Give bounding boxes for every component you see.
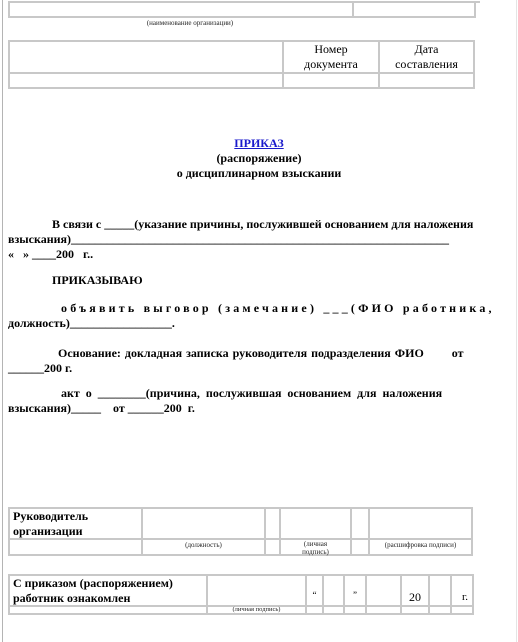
org-name-cell[interactable] xyxy=(8,1,354,18)
ack-signature-caption-cell: (личная подпись) xyxy=(206,605,307,615)
page-left-edge xyxy=(2,0,3,642)
doc-date-header-cell: Дата составления xyxy=(378,40,475,74)
spacer-cell xyxy=(350,538,370,556)
personal-signature-caption-cell: (личная подпись) xyxy=(279,538,352,556)
order-subtitle: (распоряжение) xyxy=(0,151,518,166)
ack-close-quote-cell: ” xyxy=(343,574,367,607)
head-label-line2: организации xyxy=(13,524,141,539)
reason-line-1: В связи с _____(указание причины, послуж… xyxy=(8,217,475,232)
ack-month-cell[interactable] xyxy=(365,574,402,607)
signature-decoding-cell[interactable] xyxy=(368,507,473,540)
org-name-caption: (наименование организации) xyxy=(100,19,280,27)
ack-year-prefix-cell: 20 xyxy=(400,574,430,607)
reason-date-line: « » ____200 г.. xyxy=(8,247,475,262)
position-input-cell[interactable] xyxy=(141,507,266,540)
ack-day-cell[interactable] xyxy=(322,574,345,607)
doc-number-value-cell[interactable] xyxy=(282,72,380,89)
doc-date-value-cell[interactable] xyxy=(378,72,475,89)
year-prefix: 20 xyxy=(409,590,421,604)
title-block: ПРИКАЗ (распоряжение) о дисциплинарном в… xyxy=(0,135,518,181)
close-quote: ” xyxy=(353,590,357,600)
personal-signature-caption-line1: (личная xyxy=(281,540,350,548)
order-word: ПРИКАЗЫВАЮ xyxy=(52,273,143,288)
spacer-cell xyxy=(400,605,430,615)
ack-label-cell: С приказом (распоряжением) работник озна… xyxy=(8,574,208,607)
open-quote: “ xyxy=(313,590,317,600)
act-line-1: акт о ________(причина, послужившая осно… xyxy=(8,386,475,401)
ack-year-suffix-cell: г. xyxy=(450,574,474,607)
year-suffix: г. xyxy=(462,591,468,603)
signature-decoding-caption: (расшифровка подписи) xyxy=(385,541,456,549)
doc-blank-value-cell xyxy=(8,72,284,89)
blank-caption-cell xyxy=(8,538,143,556)
doc-date-header-line2: составления xyxy=(380,57,473,72)
ack-label-line1: С приказом (распоряжением) xyxy=(13,576,206,591)
doc-number-header-line2: документа xyxy=(284,57,378,72)
ack-blank-caption-cell xyxy=(8,605,208,615)
position-caption-cell: (должность) xyxy=(141,538,266,556)
reason-line-2: взыскания)______________________________… xyxy=(8,232,475,247)
basis-paragraph: Основание: докладная записка руководител… xyxy=(8,346,475,376)
penalty-paragraph: объявить выговор (замечание) ___(ФИО раб… xyxy=(8,301,475,331)
order-title-link[interactable]: ПРИКАЗ xyxy=(234,136,283,150)
table-edge xyxy=(476,1,480,3)
act-line-2: взыскания)_____ от ______200 г. xyxy=(8,401,475,416)
doc-number-header-line1: Номер xyxy=(284,42,378,57)
ack-signature-cell[interactable] xyxy=(206,574,307,607)
ack-label-line2: работник ознакомлен xyxy=(13,591,206,606)
penalty-line-2: должность)_________________. xyxy=(8,316,475,331)
spacer-cell xyxy=(450,605,474,615)
ack-year-cell[interactable] xyxy=(428,574,452,607)
order-subject: о дисциплинарном взыскании xyxy=(0,166,518,181)
spacer-cell xyxy=(428,605,452,615)
basis-line-1: Основание: докладная записка руководител… xyxy=(8,346,475,361)
head-label-cell: Руководитель организации xyxy=(8,507,143,540)
spacer-cell xyxy=(350,507,370,540)
penalty-line-1: объявить выговор (замечание) ___(ФИО раб… xyxy=(8,301,475,316)
doc-number-header-cell: Номер документа xyxy=(282,40,380,74)
page-right-edge xyxy=(516,0,517,642)
reason-paragraph: В связи с _____(указание причины, послуж… xyxy=(8,217,475,262)
spacer-cell xyxy=(322,605,345,615)
doc-date-header-line1: Дата xyxy=(380,42,473,57)
spacer-cell xyxy=(343,605,367,615)
personal-signature-cell[interactable] xyxy=(279,507,352,540)
doc-blank-header-cell xyxy=(8,40,284,74)
personal-signature-caption-line2: подпись) xyxy=(281,548,350,556)
ack-signature-caption: (личная подпись) xyxy=(233,606,281,613)
basis-line-2: ______200 г. xyxy=(8,361,475,376)
spacer-cell xyxy=(365,605,402,615)
position-caption: (должность) xyxy=(185,541,222,549)
head-label-line1: Руководитель xyxy=(13,509,141,524)
act-paragraph: акт о ________(причина, послужившая осно… xyxy=(8,386,475,416)
org-code-cell[interactable] xyxy=(352,1,476,18)
signature-decoding-caption-cell: (расшифровка подписи) xyxy=(368,538,473,556)
